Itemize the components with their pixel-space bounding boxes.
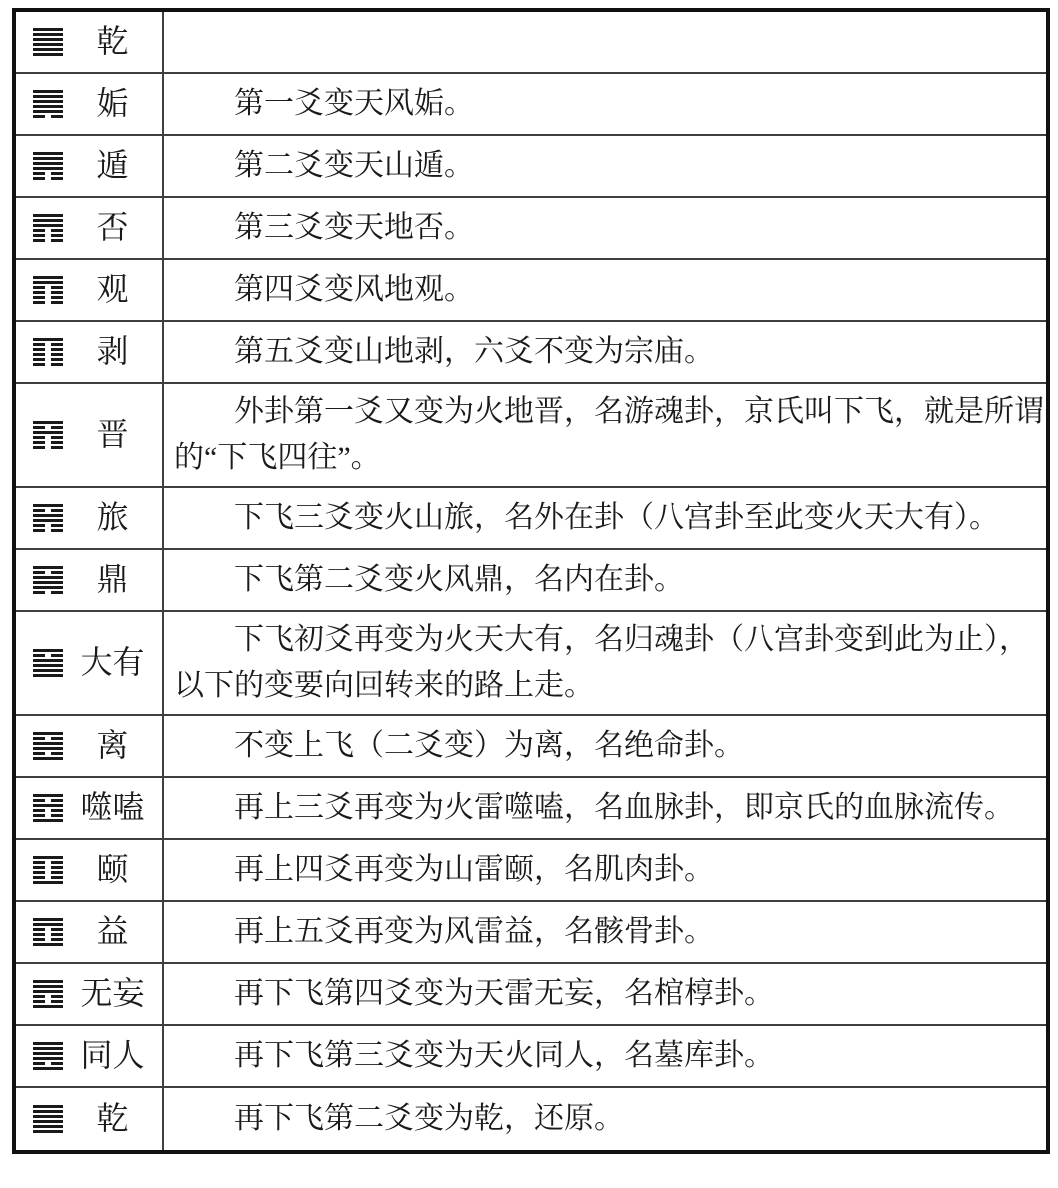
hexagram-name-cell: 大有	[16, 612, 164, 714]
description-text: 再下飞第四爻变为天雷无妄，名棺椁卦。	[164, 966, 1046, 1022]
yang-line	[33, 659, 63, 662]
description-cell: 再下飞第二爻变为乾，还原。	[164, 1088, 1046, 1150]
description-text: 再下飞第三爻变为天火同人，名墓库卦。	[164, 1028, 1046, 1084]
yang-line	[33, 43, 63, 46]
description-cell	[164, 12, 1046, 72]
yin-line	[33, 938, 63, 941]
hexagram-name: 鼎	[63, 562, 162, 597]
description-cell: 再下飞第三爻变为天火同人，名墓库卦。	[164, 1026, 1046, 1086]
yin-line	[33, 234, 63, 237]
hexagram-name-cell: 观	[16, 260, 164, 320]
yin-line	[33, 286, 63, 289]
description-cell: 下飞初爻再变为火天大有，名归魂卦（八宫卦变到此为止），以下的变要向回转来的路上走…	[164, 612, 1046, 714]
yang-line	[33, 581, 63, 584]
hexagram-transformation-table: 乾 姤 第一爻变天风姤。 遁 第二爻变天山遁。 否 第三爻变天地否。	[12, 8, 1050, 1154]
yin-line	[33, 177, 63, 180]
hexagram-shike-icon	[33, 794, 63, 822]
hexagram-name: 同人	[63, 1038, 162, 1073]
description-text: 第二爻变天山遁。	[164, 138, 1046, 194]
hexagram-name-cell: 乾	[16, 1088, 164, 1150]
description-text: 第四爻变风地观。	[164, 262, 1046, 318]
hexagram-name: 观	[63, 272, 162, 307]
yin-line	[33, 115, 63, 118]
hexagram-name-cell: 遁	[16, 136, 164, 196]
yin-line	[33, 928, 63, 931]
yang-line	[33, 747, 63, 750]
yang-line	[33, 804, 63, 807]
hexagram-name-cell: 乾	[16, 12, 164, 72]
yang-line	[33, 856, 63, 859]
yang-line	[33, 281, 63, 284]
table-row: 乾	[16, 12, 1046, 74]
description-cell: 第四爻变风地观。	[164, 260, 1046, 320]
yang-line	[33, 566, 63, 569]
yin-line	[33, 436, 63, 439]
yang-line	[33, 732, 63, 735]
yang-line	[33, 664, 63, 667]
yang-line	[33, 1067, 63, 1070]
hexagram-name: 益	[63, 914, 162, 949]
yin-line	[33, 1062, 63, 1065]
hexagram-name: 剥	[63, 334, 162, 369]
yin-line	[33, 172, 63, 175]
description-text: 第一爻变天风姤。	[164, 76, 1046, 132]
table-row: 噬嗑 再上三爻再变为火雷噬嗑，名血脉卦，即京氏的血脉流传。	[16, 778, 1046, 840]
yin-line	[33, 799, 63, 802]
yin-line	[33, 441, 63, 444]
hexagram-name-cell: 晋	[16, 384, 164, 486]
yang-line	[33, 985, 63, 988]
yang-line	[33, 167, 63, 170]
yang-line	[33, 757, 63, 760]
hexagram-name-cell: 姤	[16, 74, 164, 134]
hexagram-name: 晋	[63, 417, 162, 452]
hexagram-name: 离	[63, 728, 162, 763]
yang-line	[33, 105, 63, 108]
yang-line	[33, 1115, 63, 1118]
hexagram-name-cell: 剥	[16, 322, 164, 382]
description-text: 再下飞第二爻变为乾，还原。	[164, 1091, 1046, 1147]
hexagram-name-cell: 益	[16, 902, 164, 962]
yin-line	[33, 933, 63, 936]
yang-line	[33, 1130, 63, 1133]
hexagram-qian-icon	[33, 1105, 63, 1133]
yin-line	[33, 529, 63, 532]
yin-line	[33, 296, 63, 299]
yang-line	[33, 794, 63, 797]
yang-line	[33, 918, 63, 921]
yin-line	[33, 571, 63, 574]
table-row: 同人 再下飞第三爻变为天火同人，名墓库卦。	[16, 1026, 1046, 1088]
hexagram-name: 姤	[63, 86, 162, 121]
description-text	[164, 37, 1046, 47]
hexagram-name: 乾	[63, 24, 162, 59]
yang-line	[33, 576, 63, 579]
description-cell: 下飞第二爻变火风鼎，名内在卦。	[164, 550, 1046, 610]
table-row: 无妄 再下飞第四爻变为天雷无妄，名棺椁卦。	[16, 964, 1046, 1026]
description-cell: 下飞三爻变火山旅，名外在卦（八宫卦至此变火天大有）。	[164, 488, 1046, 548]
hexagram-name-cell: 否	[16, 198, 164, 258]
description-text: 不变上飞（二爻变）为离，名绝命卦。	[164, 718, 1046, 774]
table-row: 遁 第二爻变天山遁。	[16, 136, 1046, 198]
yin-line	[33, 995, 63, 998]
yang-line	[33, 338, 63, 341]
yin-line	[33, 426, 63, 429]
yin-line	[33, 239, 63, 242]
yang-line	[33, 1110, 63, 1113]
description-cell: 外卦第一爻又变为火地晋，名游魂卦，京氏叫下飞，就是所谓的“下飞四往”。	[164, 384, 1046, 486]
yang-line	[33, 923, 63, 926]
yin-line	[33, 866, 63, 869]
yang-line	[33, 586, 63, 589]
hexagram-name-cell: 无妄	[16, 964, 164, 1024]
hexagram-name: 噬嗑	[63, 790, 162, 825]
yang-line	[33, 674, 63, 677]
hexagram-gou-icon	[33, 90, 63, 118]
hexagram-dun-icon	[33, 152, 63, 180]
yin-line	[33, 291, 63, 294]
yin-line	[33, 871, 63, 874]
yang-line	[33, 162, 63, 165]
yin-line	[33, 737, 63, 740]
hexagram-tongren-icon	[33, 1042, 63, 1070]
yin-line	[33, 1000, 63, 1003]
yin-line	[33, 348, 63, 351]
yang-line	[33, 90, 63, 93]
hexagram-ding-icon	[33, 566, 63, 594]
description-cell: 第二爻变天山遁。	[164, 136, 1046, 196]
hexagram-dayou-icon	[33, 649, 63, 677]
hexagram-li-icon	[33, 732, 63, 760]
description-text: 下飞第二爻变火风鼎，名内在卦。	[164, 552, 1046, 608]
yang-line	[33, 504, 63, 507]
hexagram-name: 大有	[63, 645, 162, 680]
yang-line	[33, 219, 63, 222]
yang-line	[33, 943, 63, 946]
hexagram-name-cell: 鼎	[16, 550, 164, 610]
yang-line	[33, 649, 63, 652]
yang-line	[33, 742, 63, 745]
table-row: 大有 下飞初爻再变为火天大有，名归魂卦（八宫卦变到此为止），以下的变要向回转来的…	[16, 612, 1046, 716]
hexagram-jin-icon	[33, 421, 63, 449]
table-row: 观 第四爻变风地观。	[16, 260, 1046, 322]
description-cell: 第三爻变天地否。	[164, 198, 1046, 258]
description-text: 第五爻变山地剥，六爻不变为宗庙。	[164, 324, 1046, 380]
yang-line	[33, 819, 63, 822]
description-cell: 第五爻变山地剥，六爻不变为宗庙。	[164, 322, 1046, 382]
yin-line	[33, 654, 63, 657]
yang-line	[33, 421, 63, 424]
yin-line	[33, 446, 63, 449]
hexagram-name: 否	[63, 210, 162, 245]
yin-line	[33, 353, 63, 356]
yang-line	[33, 1047, 63, 1050]
yang-line	[33, 157, 63, 160]
description-cell: 再下飞第四爻变为天雷无妄，名棺椁卦。	[164, 964, 1046, 1024]
hexagram-name-cell: 旅	[16, 488, 164, 548]
hexagram-name-cell: 颐	[16, 840, 164, 900]
yang-line	[33, 214, 63, 217]
yang-line	[33, 519, 63, 522]
yang-line	[33, 514, 63, 517]
table-row: 鼎 下飞第二爻变火风鼎，名内在卦。	[16, 550, 1046, 612]
yang-line	[33, 881, 63, 884]
yin-line	[33, 301, 63, 304]
description-text: 下飞初爻再变为火天大有，名归魂卦（八宫卦变到此为止），以下的变要向回转来的路上走…	[164, 612, 1046, 714]
yin-line	[33, 752, 63, 755]
yin-line	[33, 229, 63, 232]
yin-line	[33, 591, 63, 594]
description-cell: 再上四爻再变为山雷颐，名肌肉卦。	[164, 840, 1046, 900]
yang-line	[33, 110, 63, 113]
yang-line	[33, 28, 63, 31]
hexagram-name: 颐	[63, 852, 162, 887]
yang-line	[33, 990, 63, 993]
yang-line	[33, 95, 63, 98]
yang-line	[33, 33, 63, 36]
yang-line	[33, 152, 63, 155]
description-text: 下飞三爻变火山旅，名外在卦（八宫卦至此变火天大有）。	[164, 490, 1046, 546]
table-row: 剥 第五爻变山地剥，六爻不变为宗庙。	[16, 322, 1046, 384]
description-cell: 第一爻变天风姤。	[164, 74, 1046, 134]
description-text: 第三爻变天地否。	[164, 200, 1046, 256]
yang-line	[33, 53, 63, 56]
yin-line	[33, 358, 63, 361]
table-row: 乾 再下飞第二爻变为乾，还原。	[16, 1088, 1046, 1150]
yang-line	[33, 1052, 63, 1055]
yin-line	[33, 861, 63, 864]
hexagram-yi-42-icon	[33, 918, 63, 946]
yang-line	[33, 1057, 63, 1060]
hexagram-bo-icon	[33, 338, 63, 366]
yin-line	[33, 524, 63, 527]
hexagram-guan-icon	[33, 276, 63, 304]
description-text: 外卦第一爻又变为火地晋，名游魂卦，京氏叫下飞，就是所谓的“下飞四往”。	[164, 384, 1046, 486]
description-cell: 再上三爻再变为火雷噬嗑，名血脉卦，即京氏的血脉流传。	[164, 778, 1046, 838]
yang-line	[33, 38, 63, 41]
hexagram-name: 乾	[63, 1101, 162, 1136]
yang-line	[33, 1105, 63, 1108]
hexagram-name-cell: 同人	[16, 1026, 164, 1086]
yang-line	[33, 224, 63, 227]
hexagram-pi-icon	[33, 214, 63, 242]
table-row: 晋 外卦第一爻又变为火地晋，名游魂卦，京氏叫下飞，就是所谓的“下飞四往”。	[16, 384, 1046, 488]
description-text: 再上五爻再变为风雷益，名骸骨卦。	[164, 904, 1046, 960]
yang-line	[33, 1005, 63, 1008]
description-cell: 不变上飞（二爻变）为离，名绝命卦。	[164, 716, 1046, 776]
table-row: 旅 下飞三爻变火山旅，名外在卦（八宫卦至此变火天大有）。	[16, 488, 1046, 550]
description-text: 再上四爻再变为山雷颐，名肌肉卦。	[164, 842, 1046, 898]
hexagram-name: 无妄	[63, 976, 162, 1011]
yang-line	[33, 431, 63, 434]
table-row: 离 不变上飞（二爻变）为离，名绝命卦。	[16, 716, 1046, 778]
yang-line	[33, 1042, 63, 1045]
yin-line	[33, 363, 63, 366]
yin-line	[33, 814, 63, 817]
hexagram-lyu-icon	[33, 504, 63, 532]
hexagram-name-cell: 离	[16, 716, 164, 776]
hexagram-name-cell: 噬嗑	[16, 778, 164, 838]
yin-line	[33, 809, 63, 812]
yang-line	[33, 1125, 63, 1128]
yang-line	[33, 669, 63, 672]
table-row: 颐 再上四爻再变为山雷颐，名肌肉卦。	[16, 840, 1046, 902]
yang-line	[33, 980, 63, 983]
hexagram-yi-27-icon	[33, 856, 63, 884]
yang-line	[33, 1120, 63, 1123]
yin-line	[33, 343, 63, 346]
yin-line	[33, 876, 63, 879]
table-row: 益 再上五爻再变为风雷益，名骸骨卦。	[16, 902, 1046, 964]
hexagram-wuwang-icon	[33, 980, 63, 1008]
yang-line	[33, 100, 63, 103]
table-row: 姤 第一爻变天风姤。	[16, 74, 1046, 136]
yin-line	[33, 509, 63, 512]
description-cell: 再上五爻再变为风雷益，名骸骨卦。	[164, 902, 1046, 962]
hexagram-name: 遁	[63, 148, 162, 183]
hexagram-qian-icon	[33, 28, 63, 56]
description-text: 再上三爻再变为火雷噬嗑，名血脉卦，即京氏的血脉流传。	[164, 780, 1046, 836]
yang-line	[33, 276, 63, 279]
hexagram-name: 旅	[63, 500, 162, 535]
table-row: 否 第三爻变天地否。	[16, 198, 1046, 260]
yang-line	[33, 48, 63, 51]
